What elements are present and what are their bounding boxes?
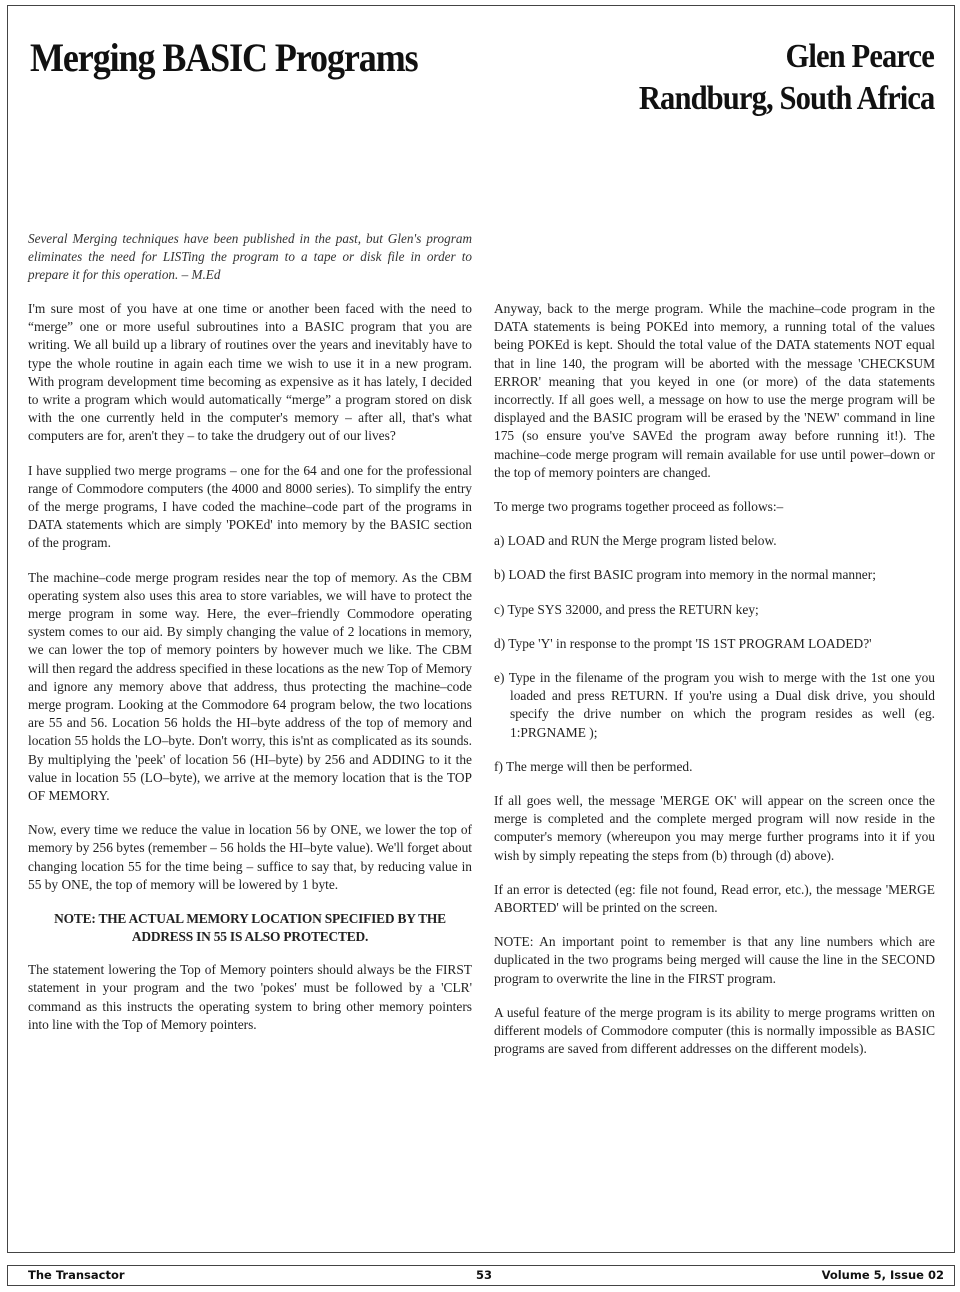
page-number: 53 [476, 1268, 492, 1282]
page-footer: The Transactor 53 Volume 5, Issue 02 [7, 1265, 955, 1286]
editor-intro: Several Merging techniques have been pub… [28, 230, 472, 284]
author-name: Glen Pearce [786, 38, 934, 76]
paragraph: Now, every time we reduce the value in l… [28, 821, 472, 894]
author-location: Randburg, South Africa [638, 80, 934, 118]
paragraph: I have supplied two merge programs – one… [28, 462, 472, 553]
article-title: Merging BASIC Programs [30, 34, 418, 81]
step-item: d) Type 'Y' in response to the prompt 'I… [494, 635, 935, 653]
steps-intro: To merge two programs together proceed a… [494, 498, 935, 516]
paragraph: If an error is detected (eg: file not fo… [494, 881, 935, 917]
step-item: e) Type in the filename of the program y… [494, 669, 935, 742]
paragraph: I'm sure most of you have at one time or… [28, 300, 472, 446]
paragraph: The statement lowering the Top of Memory… [28, 961, 472, 1034]
step-item: c) Type SYS 32000, and press the RETURN … [494, 601, 935, 619]
paragraph: The machine–code merge program resides n… [28, 569, 472, 806]
step-item: f) The merge will then be performed. [494, 758, 935, 776]
step-item: a) LOAD and RUN the Merge program listed… [494, 532, 935, 550]
paragraph: NOTE: An important point to remember is … [494, 933, 935, 988]
publication-name: The Transactor [28, 1268, 125, 1282]
step-item: b) LOAD the first BASIC program into mem… [494, 566, 935, 584]
paragraph: Anyway, back to the merge program. While… [494, 300, 935, 482]
left-column: Several Merging techniques have been pub… [28, 230, 472, 1050]
issue-label: Volume 5, Issue 02 [822, 1268, 944, 1282]
paragraph: If all goes well, the message 'MERGE OK'… [494, 792, 935, 865]
bold-note: NOTE: THE ACTUAL MEMORY LOCATION SPECIFI… [28, 910, 472, 945]
right-column: Anyway, back to the merge program. While… [494, 300, 935, 1075]
paragraph: A useful feature of the merge program is… [494, 1004, 935, 1059]
